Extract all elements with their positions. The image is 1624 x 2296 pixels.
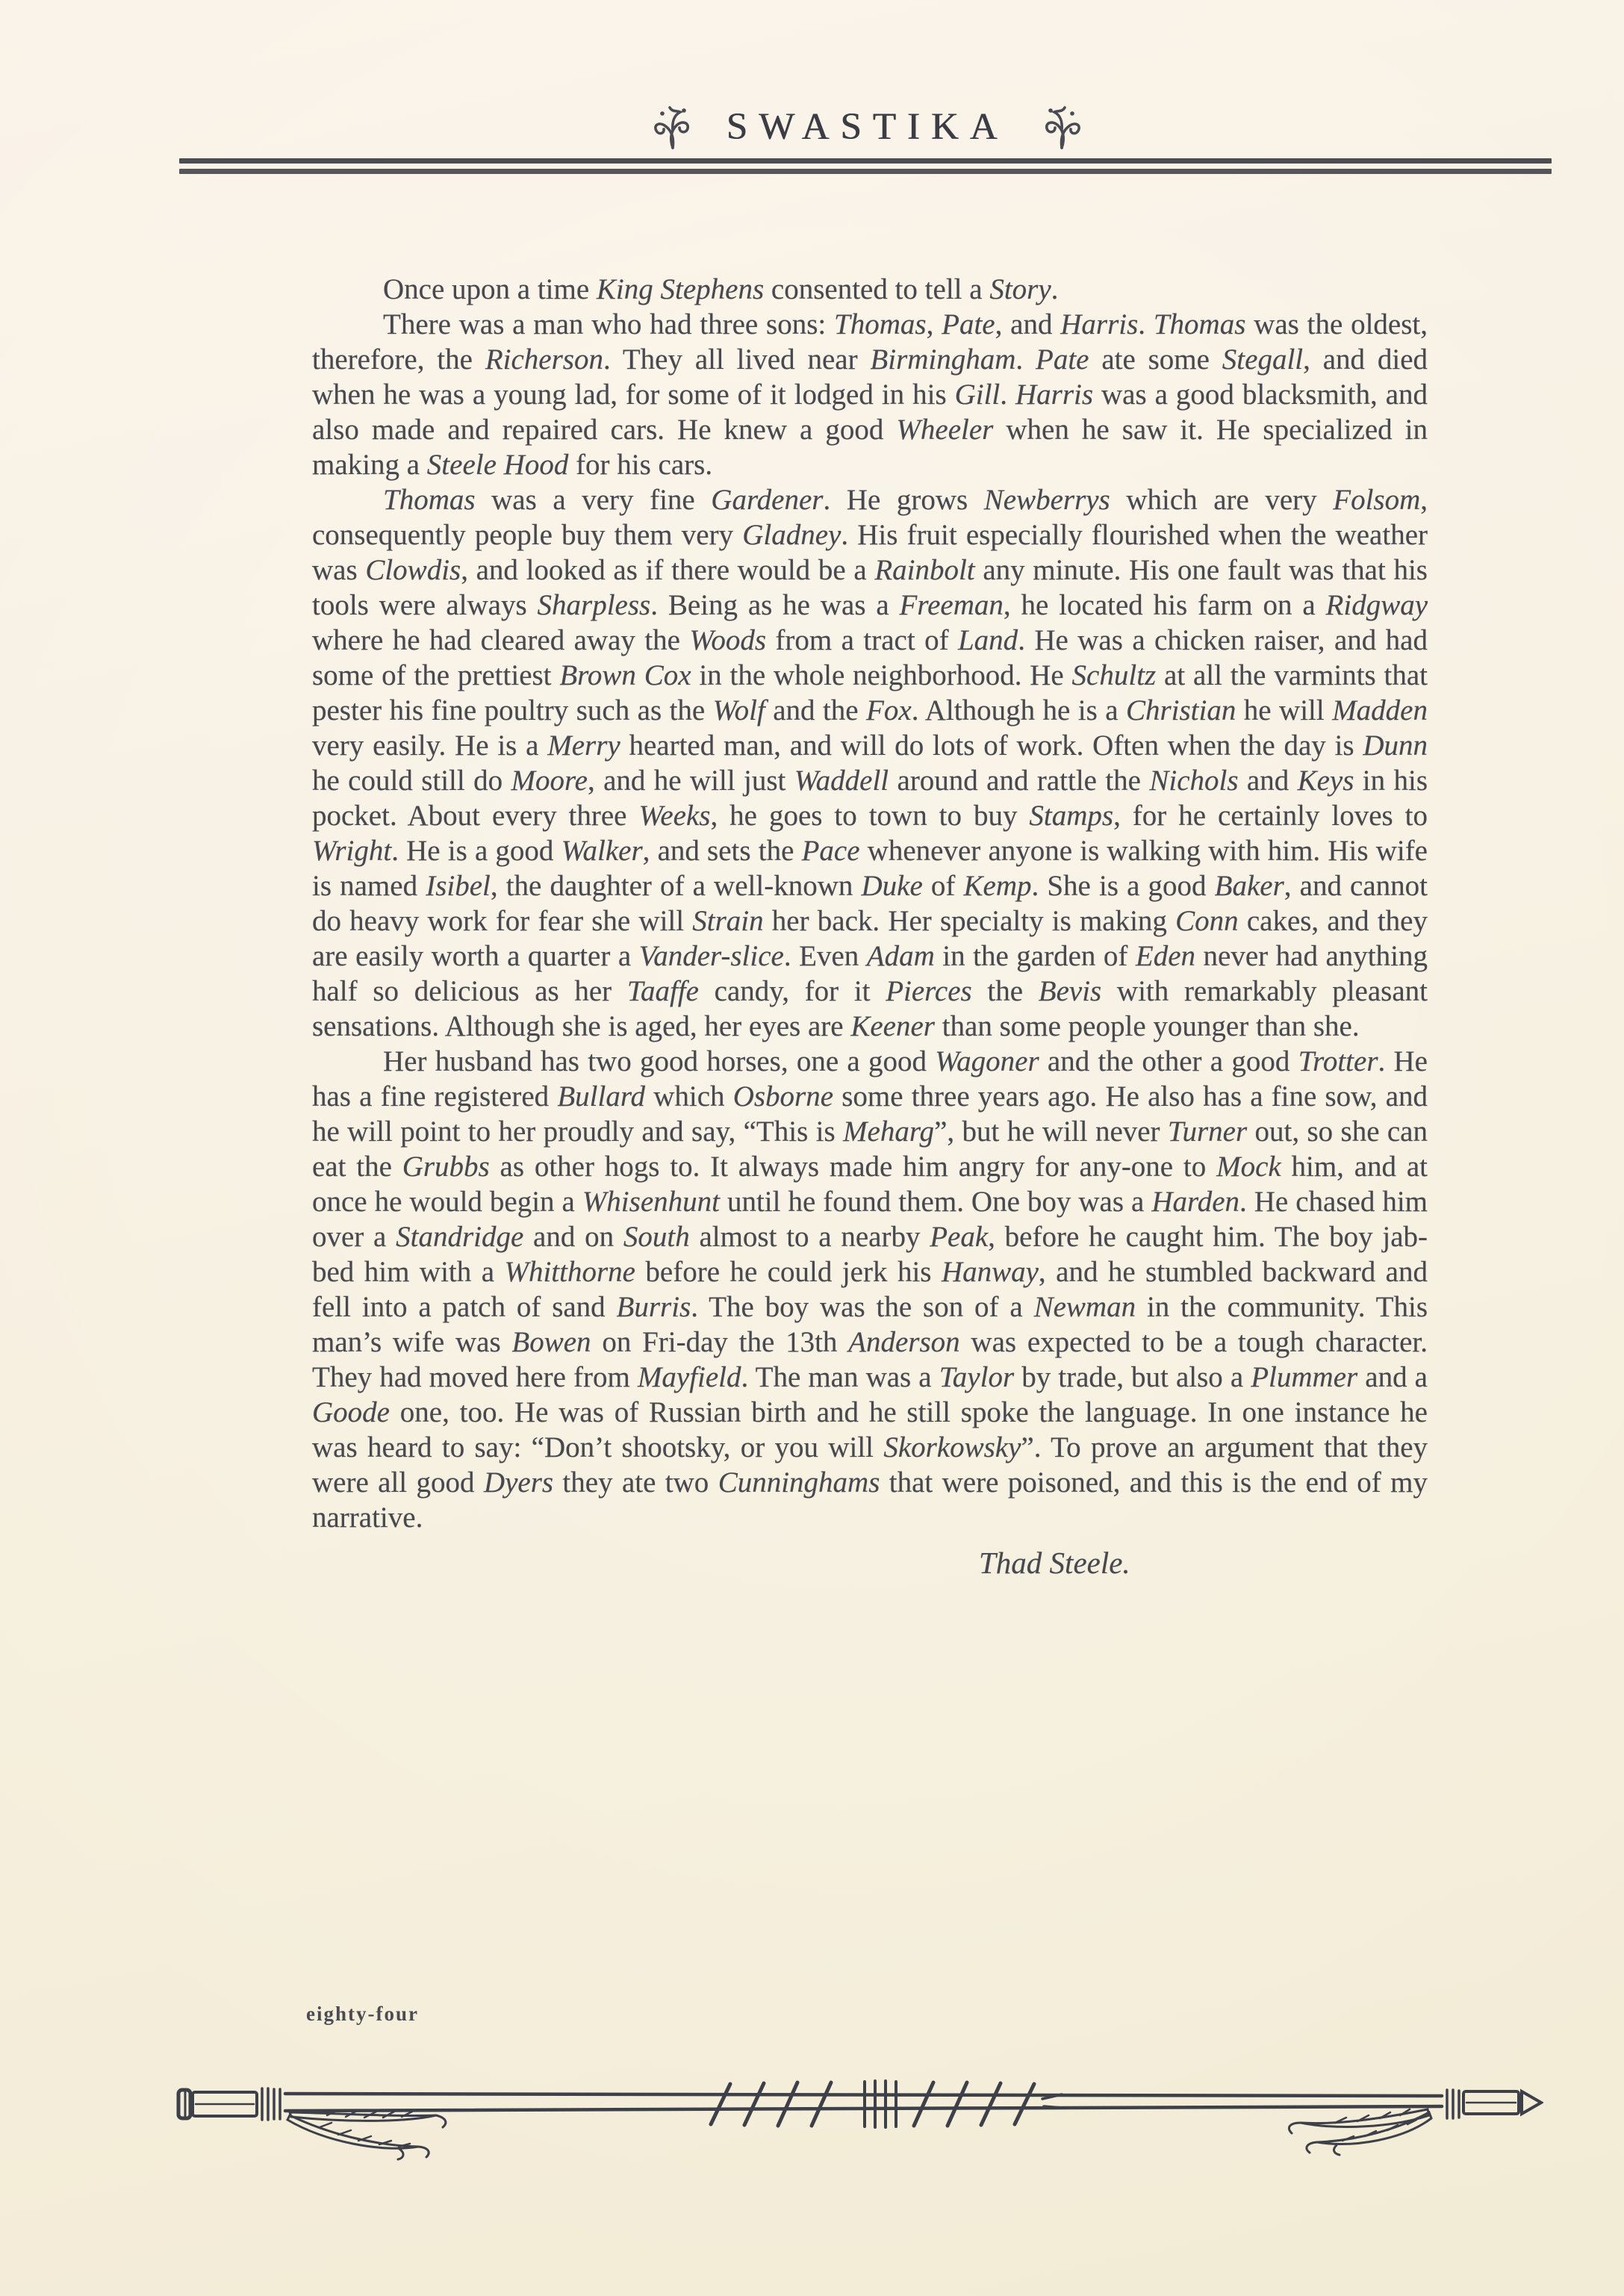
yearbook-page: SWASTIKA Once upon a time King Stephens … — [0, 0, 1624, 2296]
fleuron-icon — [1041, 103, 1083, 151]
page-header: SWASTIKA — [55, 103, 1624, 151]
story-paragraph-2: There was a man who had three sons: Thom… — [312, 307, 1428, 482]
author-signature: Thad Steele. — [312, 1546, 1428, 1581]
story-paragraph-4: Her husband has two good horses, one a g… — [312, 1044, 1428, 1535]
feathered-lance-icon — [176, 2078, 1543, 2166]
story-paragraph-1: Once upon a time King Stephens consented… — [312, 272, 1428, 307]
rule-top — [179, 158, 1552, 164]
rule-bottom — [179, 169, 1552, 174]
story-paragraph-3: Thomas was a very fine Gardener. He grow… — [312, 482, 1428, 1044]
story-body: Once upon a time King Stephens consented… — [312, 272, 1428, 1581]
double-rule-divider — [179, 158, 1552, 174]
fleuron-icon — [652, 103, 694, 151]
page-title: SWASTIKA — [727, 108, 1009, 146]
page-number: eighty-four — [306, 2003, 419, 2026]
